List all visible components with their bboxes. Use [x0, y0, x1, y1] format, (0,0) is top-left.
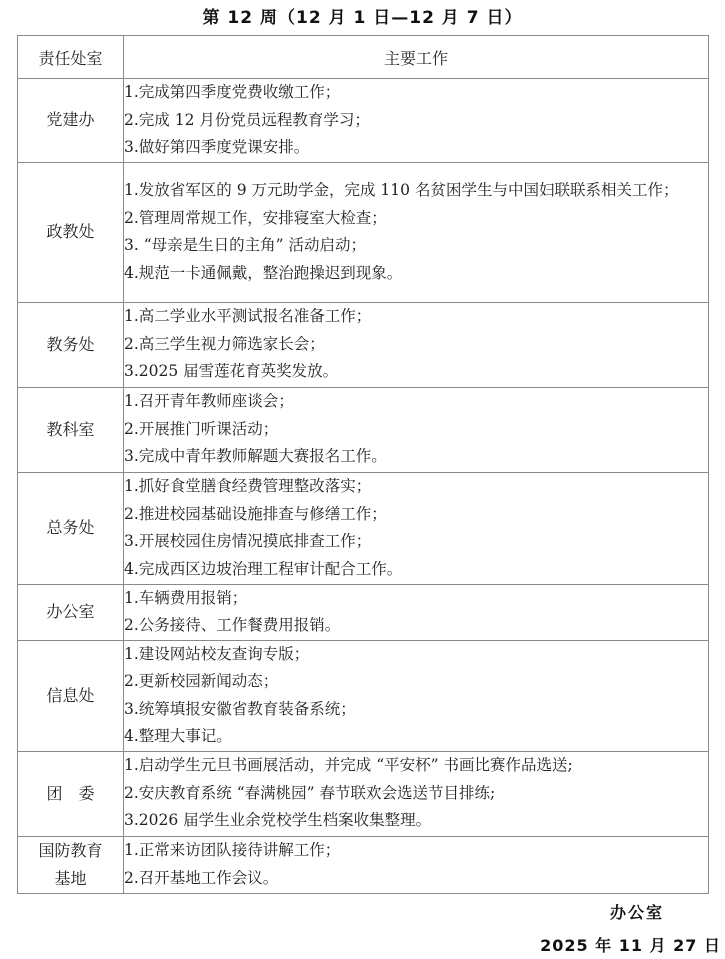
column-header-work: 主要工作 [124, 36, 709, 79]
work-list: 1.车辆费用报销； 2.公务接待、工作餐费用报销。 [124, 585, 708, 640]
table-row: 教务处 1.高二学业水平测试报名准备工作； 2.高三学生视力筛选家长会； 3.2… [18, 302, 709, 387]
work-list: 1.高二学业水平测试报名准备工作； 2.高三学生视力筛选家长会； 3.2025 … [124, 303, 708, 386]
table-row: 总务处 1.抓好食堂膳食经费管理整改落实； 2.推进校园基础设施排查与修缮工作；… [18, 472, 709, 584]
weekly-work-table: 责任处室 主要工作 党建办 1.完成第四季度党费收缴工作； 2.完成 12 月份… [17, 35, 709, 894]
work-list: 1.正常来访团队接待讲解工作； 2.召开基地工作会议。 [124, 837, 708, 892]
work-item: 2.完成 12 月份党员远程教育学习； [124, 107, 708, 135]
work-item: 2.开展推门听课活动； [124, 416, 708, 444]
table-row: 国防教育 基地 1.正常来访团队接待讲解工作； 2.召开基地工作会议。 [18, 836, 709, 893]
document-title: 第 12 周（12 月 1 日—12 月 7 日） [0, 5, 725, 31]
work-item: 1.启动学生元旦书画展活动，并完成 “平安杯” 书画比赛作品选送; [124, 752, 708, 780]
column-header-dept: 责任处室 [18, 36, 124, 79]
work-list: 1.发放省军区的 9 万元助学金，完成 110 名贫困学生与中国妇联联系相关工作… [124, 177, 708, 287]
work-list: 1.建设网站校友查询专版； 2.更新校园新闻动态； 3.统筹填报安徽省教育装备系… [124, 641, 708, 751]
work-cell: 1.完成第四季度党费收缴工作； 2.完成 12 月份党员远程教育学习； 3.做好… [124, 79, 709, 163]
work-item: 3.完成中青年教师解题大赛报名工作。 [124, 443, 708, 471]
dept-cell: 总务处 [18, 472, 124, 584]
work-item: 2.召开基地工作会议。 [124, 865, 708, 893]
work-item: 2.安庆教育系统 “春满桃园” 春节联欢会选送节目排练; [124, 780, 708, 808]
work-item: 2.推进校园基础设施排查与修缮工作； [124, 501, 708, 529]
work-list: 1.启动学生元旦书画展活动，并完成 “平安杯” 书画比赛作品选送; 2.安庆教育… [124, 752, 708, 835]
work-item: 3.做好第四季度党课安排。 [124, 134, 708, 162]
work-cell: 1.发放省军区的 9 万元助学金，完成 110 名贫困学生与中国妇联联系相关工作… [124, 162, 709, 302]
work-item: 1.车辆费用报销； [124, 585, 708, 613]
work-item: 1.召开青年教师座谈会； [124, 388, 708, 416]
table-row: 团委 1.启动学生元旦书画展活动，并完成 “平安杯” 书画比赛作品选送; 2.安… [18, 751, 709, 836]
work-item: 3.开展校园住房情况摸底排查工作； [124, 528, 708, 556]
dept-cell: 党建办 [18, 79, 124, 163]
work-cell: 1.召开青年教师座谈会； 2.开展推门听课活动； 3.完成中青年教师解题大赛报名… [124, 387, 709, 472]
work-item: 1.正常来访团队接待讲解工作； [124, 837, 708, 865]
dept-cell: 政教处 [18, 162, 124, 302]
work-item: 3. “母亲是生日的主角” 活动启动； [124, 232, 708, 260]
table-row: 党建办 1.完成第四季度党费收缴工作； 2.完成 12 月份党员远程教育学习； … [18, 79, 709, 163]
dept-cell: 国防教育 基地 [18, 836, 124, 893]
signature-date: 2025 年 11 月 27 日 [540, 933, 721, 956]
dept-label-line1: 国防教育 [18, 837, 123, 865]
table-row: 信息处 1.建设网站校友查询专版； 2.更新校园新闻动态； 3.统筹填报安徽省教… [18, 640, 709, 751]
work-item: 2.高三学生视力筛选家长会； [124, 331, 708, 359]
work-item: 1.高二学业水平测试报名准备工作； [124, 303, 708, 331]
work-cell: 1.建设网站校友查询专版； 2.更新校园新闻动态； 3.统筹填报安徽省教育装备系… [124, 640, 709, 751]
table-row: 办公室 1.车辆费用报销； 2.公务接待、工作餐费用报销。 [18, 584, 709, 640]
table-row: 教科室 1.召开青年教师座谈会； 2.开展推门听课活动； 3.完成中青年教师解题… [18, 387, 709, 472]
work-item: 2.更新校园新闻动态； [124, 668, 708, 696]
work-item: 2.公务接待、工作餐费用报销。 [124, 612, 708, 640]
work-cell: 1.车辆费用报销； 2.公务接待、工作餐费用报销。 [124, 584, 709, 640]
dept-cell: 信息处 [18, 640, 124, 751]
dept-label: 团委 [30, 784, 110, 803]
dept-cell: 教务处 [18, 302, 124, 387]
work-item: 3.2026 届学生业余党校学生档案收集整理。 [124, 807, 708, 835]
work-list: 1.召开青年教师座谈会； 2.开展推门听课活动； 3.完成中青年教师解题大赛报名… [124, 388, 708, 471]
work-item: 4.整理大事记。 [124, 723, 708, 751]
work-cell: 1.高二学业水平测试报名准备工作； 2.高三学生视力筛选家长会； 3.2025 … [124, 302, 709, 387]
work-item: 4.完成西区边坡治理工程审计配合工作。 [124, 556, 708, 584]
work-item: 3.2025 届雪莲花育英奖发放。 [124, 358, 708, 386]
dept-cell: 办公室 [18, 584, 124, 640]
work-item: 3.统筹填报安徽省教育装备系统； [124, 696, 708, 724]
table-row: 政教处 1.发放省军区的 9 万元助学金，完成 110 名贫困学生与中国妇联联系… [18, 162, 709, 302]
dept-cell: 教科室 [18, 387, 124, 472]
work-item: 4.规范一卡通佩戴，整治跑操迟到现象。 [124, 260, 708, 288]
work-list: 1.抓好食堂膳食经费管理整改落实； 2.推进校园基础设施排查与修缮工作； 3.开… [124, 473, 708, 583]
table-header-row: 责任处室 主要工作 [18, 36, 709, 79]
work-item: 2.管理周常规工作，安排寝室大检查； [124, 205, 708, 233]
dept-cell: 团委 [18, 751, 124, 836]
work-item: 1.建设网站校友查询专版； [124, 641, 708, 669]
dept-label-line2: 基地 [18, 865, 123, 893]
work-cell: 1.抓好食堂膳食经费管理整改落实； 2.推进校园基础设施排查与修缮工作； 3.开… [124, 472, 709, 584]
signature-office: 办公室 [610, 900, 664, 923]
work-list: 1.完成第四季度党费收缴工作； 2.完成 12 月份党员远程教育学习； 3.做好… [124, 79, 708, 162]
work-item: 1.发放省军区的 9 万元助学金，完成 110 名贫困学生与中国妇联联系相关工作… [124, 177, 708, 205]
work-item: 1.完成第四季度党费收缴工作； [124, 79, 708, 107]
work-cell: 1.启动学生元旦书画展活动，并完成 “平安杯” 书画比赛作品选送; 2.安庆教育… [124, 751, 709, 836]
work-cell: 1.正常来访团队接待讲解工作； 2.召开基地工作会议。 [124, 836, 709, 893]
work-item: 1.抓好食堂膳食经费管理整改落实； [124, 473, 708, 501]
